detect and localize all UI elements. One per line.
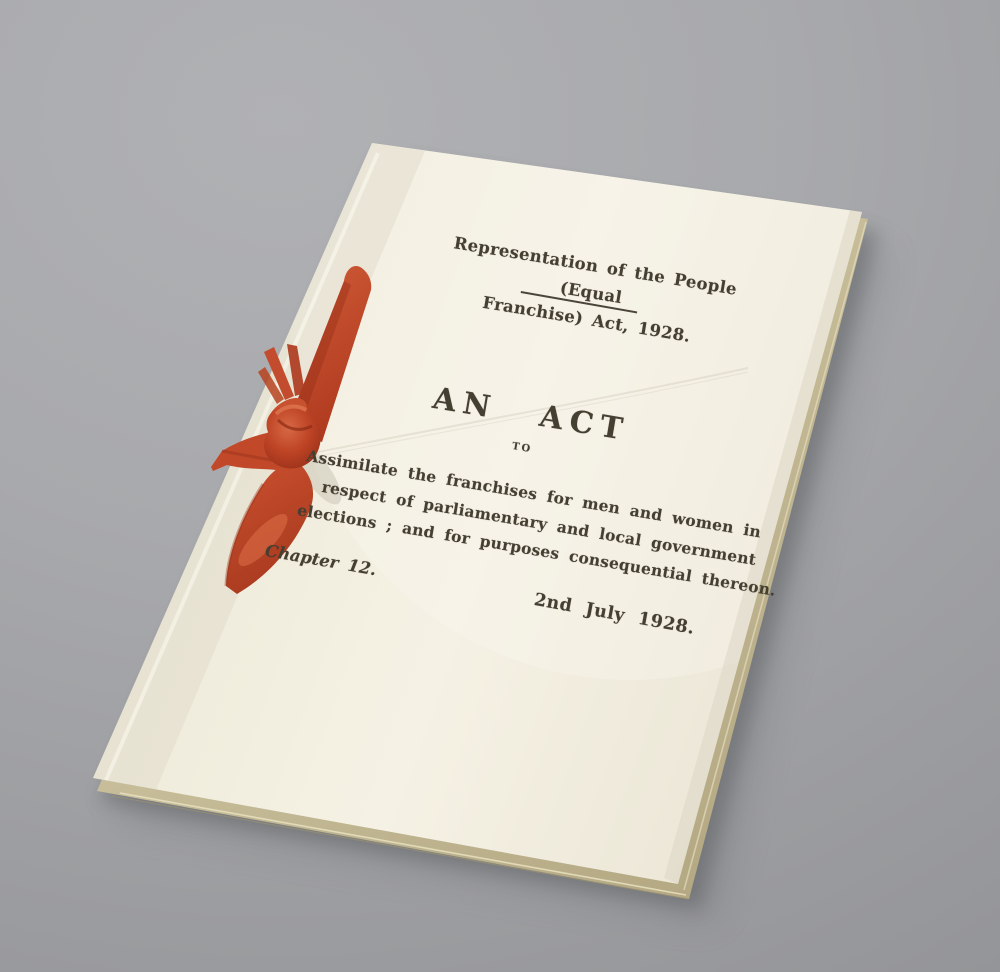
photo-background: Representation of the People (Equal Fran… [0,0,1000,972]
